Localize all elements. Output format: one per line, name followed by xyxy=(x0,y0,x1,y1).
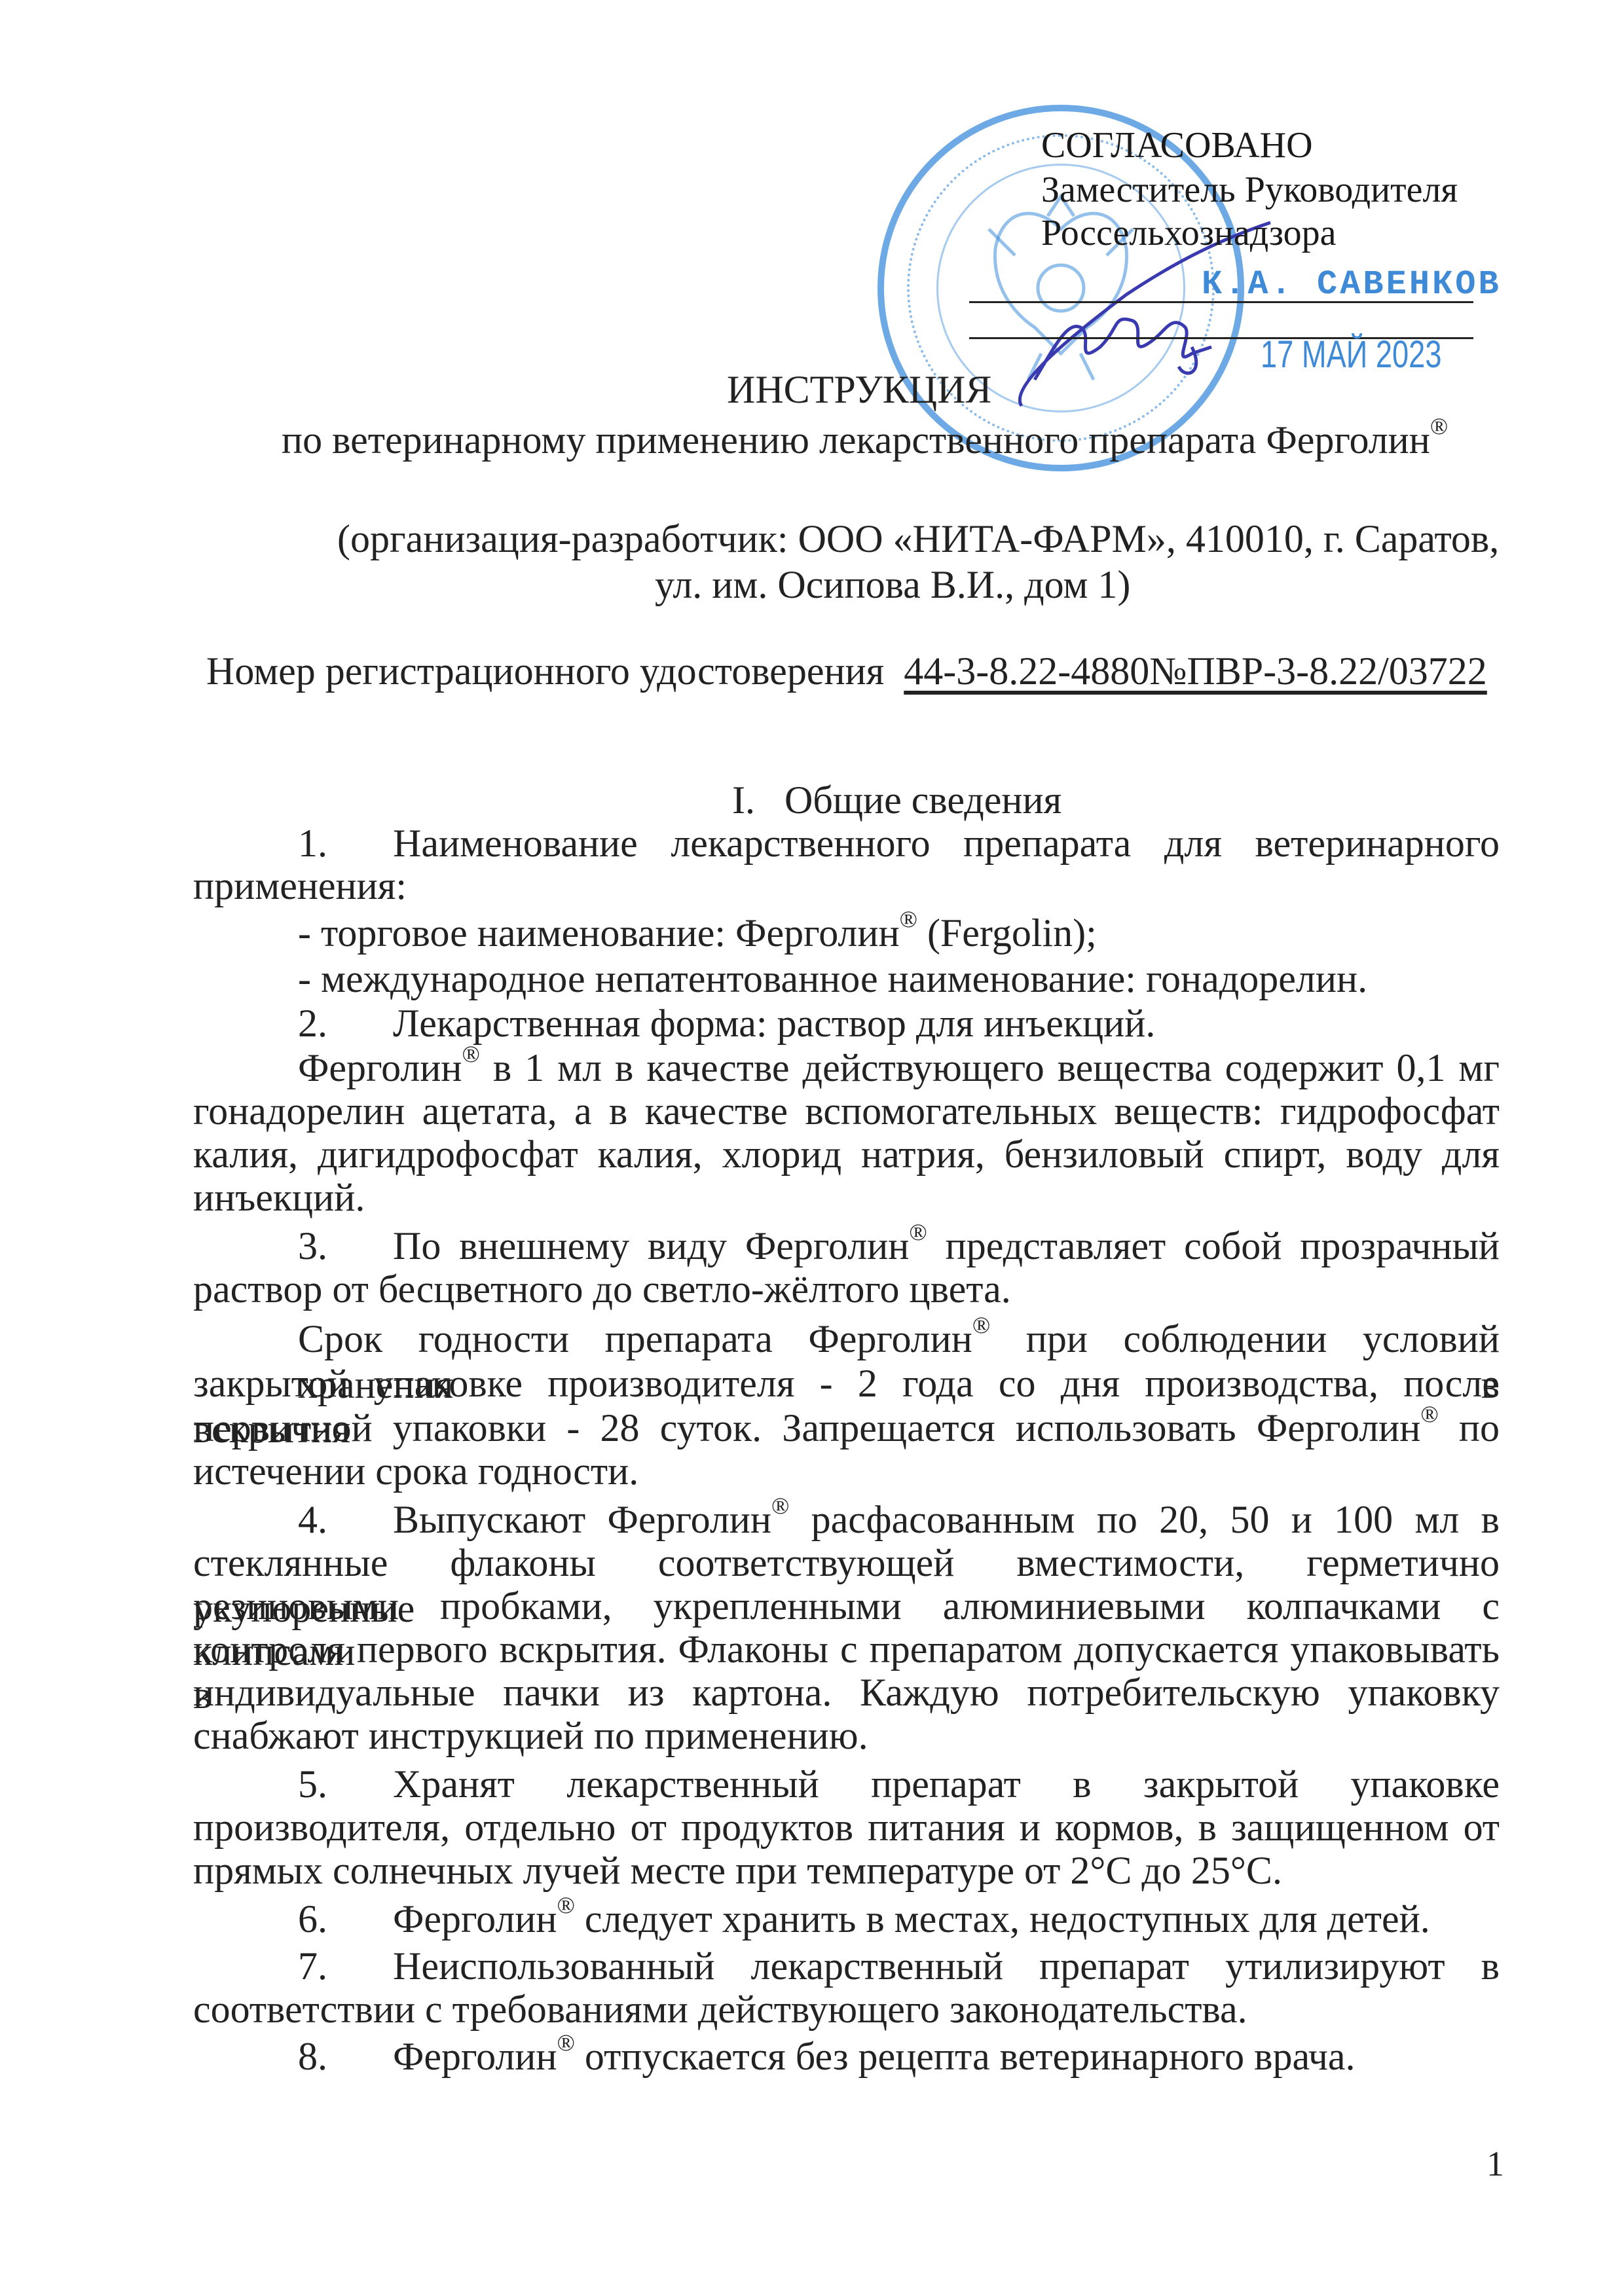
item-2-number: 2. xyxy=(298,1000,327,1046)
item-4-line-1: Выпускают Ферголин® расфасованным по 20,… xyxy=(393,1497,1500,1542)
section-number: I. xyxy=(732,778,755,822)
word: ветеринарного xyxy=(1255,822,1500,865)
item-8-line-1: Ферголин® отпускается без рецепта ветери… xyxy=(393,2033,1356,2079)
word: для xyxy=(1164,822,1222,865)
text: По внешнему виду Ферголин xyxy=(393,1224,909,1267)
item-4-number: 4. xyxy=(298,1497,327,1542)
document-title: ИНСТРУКЦИЯ xyxy=(727,367,991,412)
text: Ферголин xyxy=(393,1897,557,1941)
subtitle-text: по ветеринарному применению лекарственно… xyxy=(282,418,1430,462)
item-1-line-2: применения: xyxy=(193,863,407,909)
item-7-line-1: Неиспользованный лекарственный препарат … xyxy=(393,1943,1500,1989)
item-7-line-2: соответствии с требованиями действующего… xyxy=(193,1986,1247,2032)
item-2-line-1: Лекарственная форма: раствор для инъекци… xyxy=(393,1000,1155,1046)
approver-position: Заместитель Руководителя xyxy=(1041,168,1458,212)
item-7-number: 7. xyxy=(298,1943,327,1989)
item-5-line-2: производителя, отдельно от продуктов пит… xyxy=(193,1804,1500,1850)
text: Срок годности препарата Ферголин xyxy=(298,1317,972,1360)
item-1-number: 1. xyxy=(298,820,327,866)
approval-title: СОГЛАСОВАНО xyxy=(1041,123,1313,168)
date-stamp: 17 МАЙ 2023 xyxy=(1261,333,1441,376)
page-number: 1 xyxy=(1486,2141,1504,2187)
registered-mark: ® xyxy=(1430,413,1448,439)
text: расфасованным по 20, 50 и 100 мл в xyxy=(789,1498,1500,1541)
section-heading: I. Общие сведения xyxy=(732,777,1061,823)
item-8-number: 8. xyxy=(298,2033,327,2079)
item-3-line-2: раствор от бесцветного до светло-жёлтого… xyxy=(193,1266,1011,1312)
item-2-para-line-3: калия, дигидрофосфат калия, хлорид натри… xyxy=(193,1131,1500,1177)
shelf-life-line-3: первичной упаковки - 28 суток. Запрещает… xyxy=(193,1405,1500,1451)
text: первичной упаковки - 28 суток. Запрещает… xyxy=(193,1406,1420,1449)
item-4-line-5: индивидуальные пачки из картона. Каждую … xyxy=(193,1669,1500,1715)
registered-mark: ® xyxy=(771,1493,789,1519)
registered-mark: ® xyxy=(1420,1401,1438,1427)
text: представляет собой прозрачный xyxy=(927,1224,1500,1267)
inn-bullet: - международное непатентованное наименов… xyxy=(298,956,1367,1002)
section-title: Общие сведения xyxy=(784,778,1061,822)
text: Выпускают Ферголин xyxy=(393,1498,771,1541)
shelf-life-line-4: истечении срока годности. xyxy=(193,1448,638,1494)
text: по xyxy=(1439,1406,1500,1449)
item-6-line-1: Ферголин® следует хранить в местах, недо… xyxy=(393,1896,1430,1942)
signature-line xyxy=(969,301,1473,303)
text: Ферголин xyxy=(393,2035,557,2078)
item-5-number: 5. xyxy=(298,1761,327,1807)
item-2-para-line-4: инъекций. xyxy=(193,1175,365,1220)
text: (Fergolin); xyxy=(917,911,1097,955)
item-1-line-1: Наименование лекарственного препарата дл… xyxy=(393,820,1500,866)
registered-mark: ® xyxy=(909,1219,927,1245)
word: Наименование xyxy=(393,822,638,865)
text: Ферголин xyxy=(298,1046,462,1089)
approver-agency: Россельхознадзора xyxy=(1041,211,1337,255)
word: лекарственного xyxy=(671,822,930,865)
registered-mark: ® xyxy=(900,906,917,932)
registration-label: Номер регистрационного удостоверения xyxy=(206,649,884,693)
item-6-number: 6. xyxy=(298,1896,327,1942)
registered-mark: ® xyxy=(557,1892,575,1918)
signatory-name-stamp: К.А. САВЕНКОВ xyxy=(1202,265,1502,304)
text: отпускается без рецепта ветеринарного вр… xyxy=(575,2035,1356,2078)
document-subtitle: по ветеринарному применению лекарственно… xyxy=(282,417,1448,463)
developer-line-2: ул. им. Осипова В.И., дом 1) xyxy=(655,562,1130,608)
registered-mark: ® xyxy=(557,2030,575,2056)
text: в 1 мл в качестве действующего вещества … xyxy=(480,1046,1500,1089)
item-2-para-line-1: Ферголин® в 1 мл в качестве действующего… xyxy=(298,1045,1500,1091)
registered-mark: ® xyxy=(462,1041,480,1067)
text: следует хранить в местах, недоступных дл… xyxy=(575,1897,1430,1941)
registration-number-row: Номер регистрационного удостоверения 44-… xyxy=(206,648,1487,694)
item-5-line-3: прямых солнечных лучей месте при темпера… xyxy=(193,1848,1282,1893)
word: препарата xyxy=(963,822,1131,865)
item-4-line-6: снабжают инструкцией по применению. xyxy=(193,1713,868,1758)
item-3-line-1: По внешнему виду Ферголин® представляет … xyxy=(393,1223,1500,1269)
registration-number: 44-3-8.22-4880№ПВР-3-8.22/03722 xyxy=(904,649,1487,693)
item-2-para-line-2: гонадорелин ацетата, а в качестве вспомо… xyxy=(193,1088,1500,1134)
trade-name-bullet: - торговое наименование: Ферголин® (Ferg… xyxy=(298,910,1097,956)
developer-line-1: (организация-разработчик: ООО «НИТА-ФАРМ… xyxy=(337,516,1499,562)
text: - торговое наименование: Ферголин xyxy=(298,911,900,955)
registered-mark: ® xyxy=(972,1312,990,1338)
item-3-number: 3. xyxy=(298,1223,327,1269)
item-5-line-1: Хранят лекарственный препарат в закрытой… xyxy=(393,1761,1500,1807)
